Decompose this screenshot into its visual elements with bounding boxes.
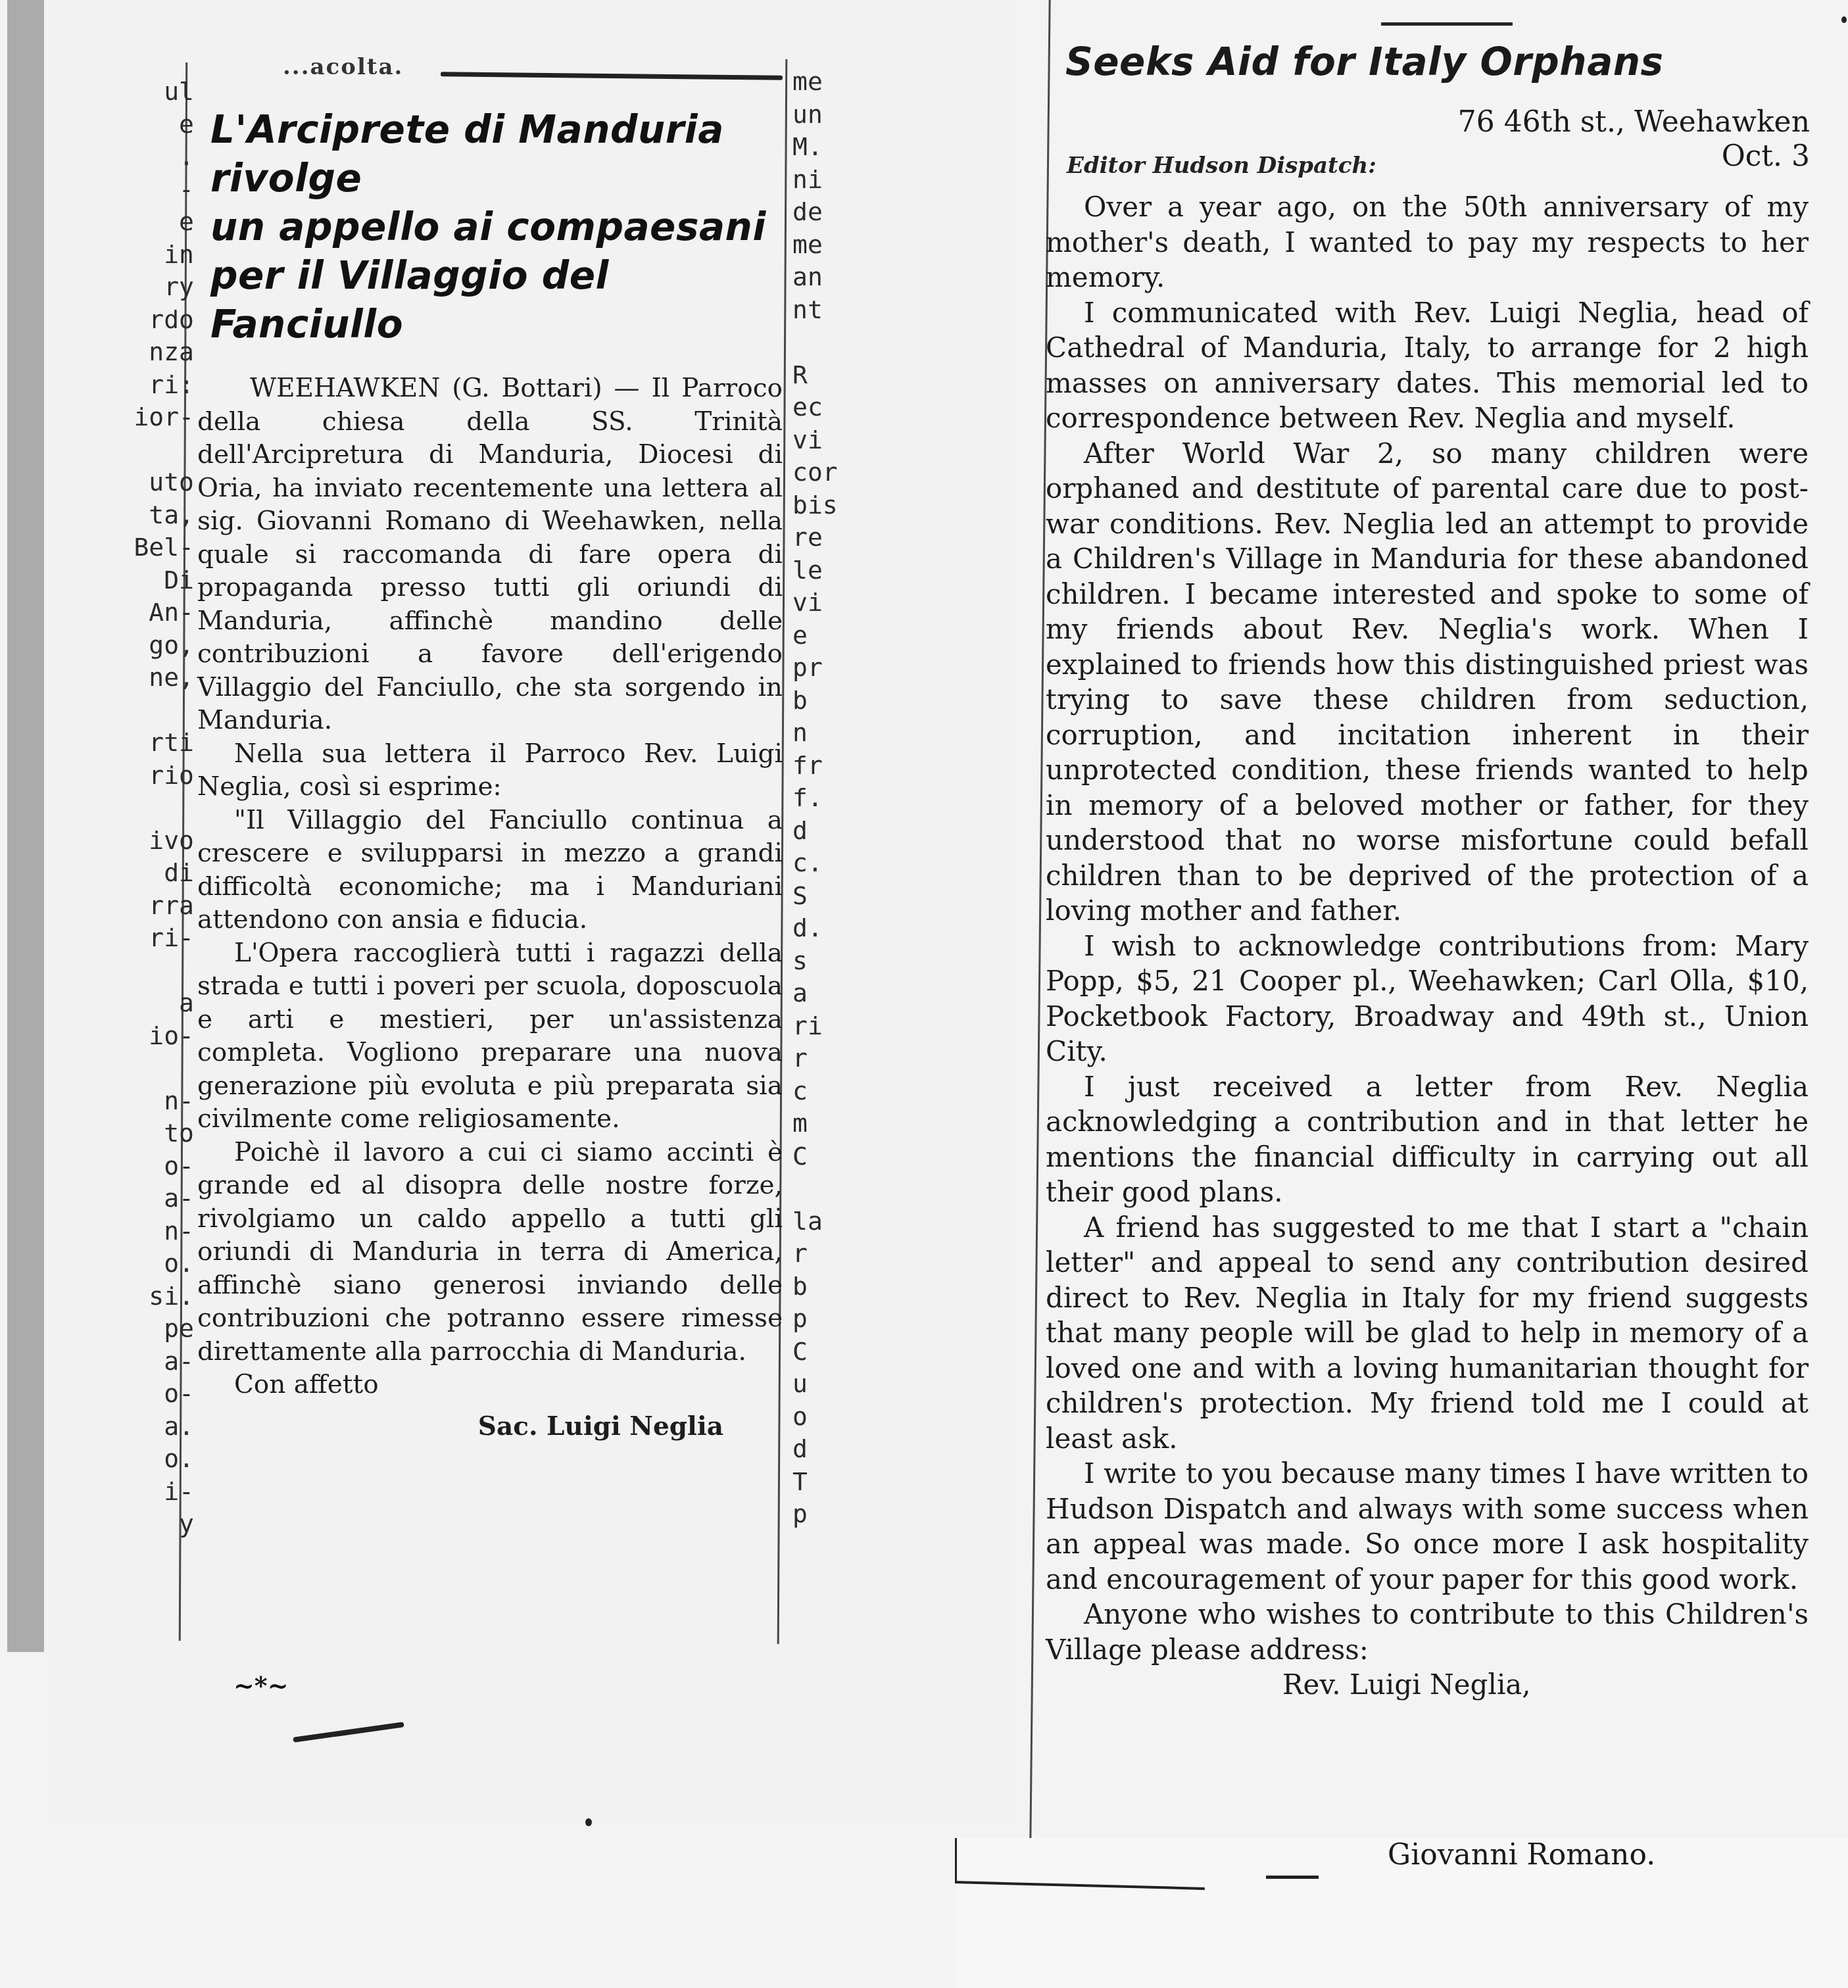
paragraph: Over a year ago, on the 50th anniversary… [1046,189,1809,295]
ink-speck [585,1818,592,1826]
paragraph: WEEHAWKEN (G. Bottari) — Il Parroco dell… [197,372,783,738]
letter-address: 76 46th st., Weehawken [1458,105,1810,139]
clipped-text-scrap: ...acolta. [283,54,403,80]
italian-headline: L'Arciprete di Manduria rivolge un appel… [210,105,783,349]
italian-body: WEEHAWKEN (G. Bottari) — Il Parroco dell… [197,372,783,1443]
ornament-icon: ~*~ [233,1670,289,1700]
signature: Sac. Luigi Neglia [197,1410,783,1443]
decorative-rule [1266,1876,1319,1879]
headline-line: un appello ai compaesani [210,203,783,251]
ink-speck [1841,16,1847,23]
paragraph: L'Opera raccoglierà tutti i ragazzi dell… [197,937,783,1136]
paragraph: I communicated with Rev. Luigi Neglia, h… [1046,295,1809,436]
paragraph: After World War 2, so many children were… [1046,436,1809,929]
frame-edge [955,1838,957,1881]
headline-line: per il Villaggio del Fanciullo [210,251,783,349]
letter-date: Oct. 3 [1722,139,1810,173]
scan-margin-bar [7,0,44,1652]
paragraph: Poichè il lavoro a cui ci siamo accinti … [197,1136,783,1369]
address-block-signer: Giovanni Romano. [1388,1838,1655,1872]
paragraph: Anyone who wishes to contribute to this … [1046,1597,1809,1667]
paragraph: A friend has suggested to me that I star… [1046,1210,1809,1457]
paragraph: "Il Villaggio del Fanciullo continua a c… [197,804,783,937]
adjacent-column-fragment-left: ul e . - e in ry rdo nza ri: ior- uto ta… [125,76,194,1541]
paragraph: I write to you because many times I have… [1046,1456,1809,1597]
english-headline: Seeks Aid for Italy Orphans [1065,39,1664,84]
adjacent-column-fragment-middle: me un M. ni de me an nt R ec vi cor bis … [792,66,845,1531]
paragraph: I wish to acknowledge contributions from… [1046,929,1809,1069]
decorative-rule [1381,22,1513,26]
paragraph: I just received a letter from Rev. Negli… [1046,1069,1809,1210]
paragraph: Nella sua lettera il Parroco Rev. Luigi … [197,738,783,804]
letter-salutation: Editor Hudson Dispatch: [1067,153,1376,179]
headline-line: L'Arciprete di Manduria rivolge [210,105,783,203]
english-body: Over a year ago, on the 50th anniversary… [1046,189,1809,1703]
closing: Con affetto [197,1369,783,1402]
address-block: Rev. Luigi Neglia, [1046,1667,1809,1703]
italian-article: L'Arciprete di Manduria rivolge un appel… [197,105,783,1443]
